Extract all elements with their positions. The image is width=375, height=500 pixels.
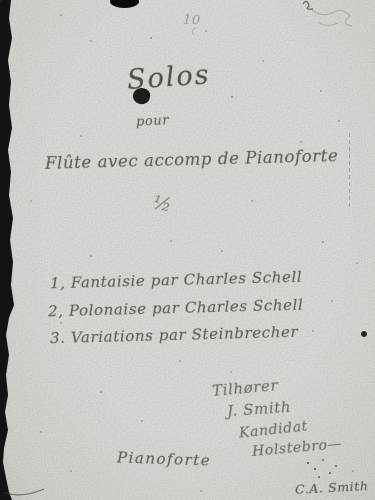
contents-line-2: 2, Polonaise par Charles Schell (48, 296, 304, 321)
ownership-line-4: Holstebro— (251, 436, 342, 460)
contents-line-1: 1, Fantaisie par Charles Schell (50, 268, 303, 293)
divider-mark: ½ (151, 191, 174, 216)
scan-specks (0, 0, 2, 2)
ownership-line-3: Kandidat (238, 418, 308, 441)
binding-edge (0, 0, 60, 500)
top-ink-blob (110, 0, 139, 8)
instrumentation-line: Flûte avec accomp de Pianoforte (45, 146, 339, 173)
ownership-line-2: J. Smith (226, 398, 291, 420)
contents-line-3: 3. Variations par Steinbrecher (50, 323, 299, 347)
ownership-line-1: Tilhører (211, 376, 279, 400)
subtitle-pour: pour (136, 113, 170, 130)
manuscript-title-page: 10 Solos pour Flûte avec accomp de Piano… (0, 0, 375, 500)
owner-signature: C.A. Smith (295, 478, 369, 497)
vertical-crease (349, 133, 350, 209)
footer-instrument: Pianoforte (117, 448, 212, 469)
title: Solos (126, 59, 211, 96)
ink-dot (361, 331, 367, 337)
pencil-scribble (0, 0, 375, 60)
page-number: 10 (183, 13, 202, 29)
